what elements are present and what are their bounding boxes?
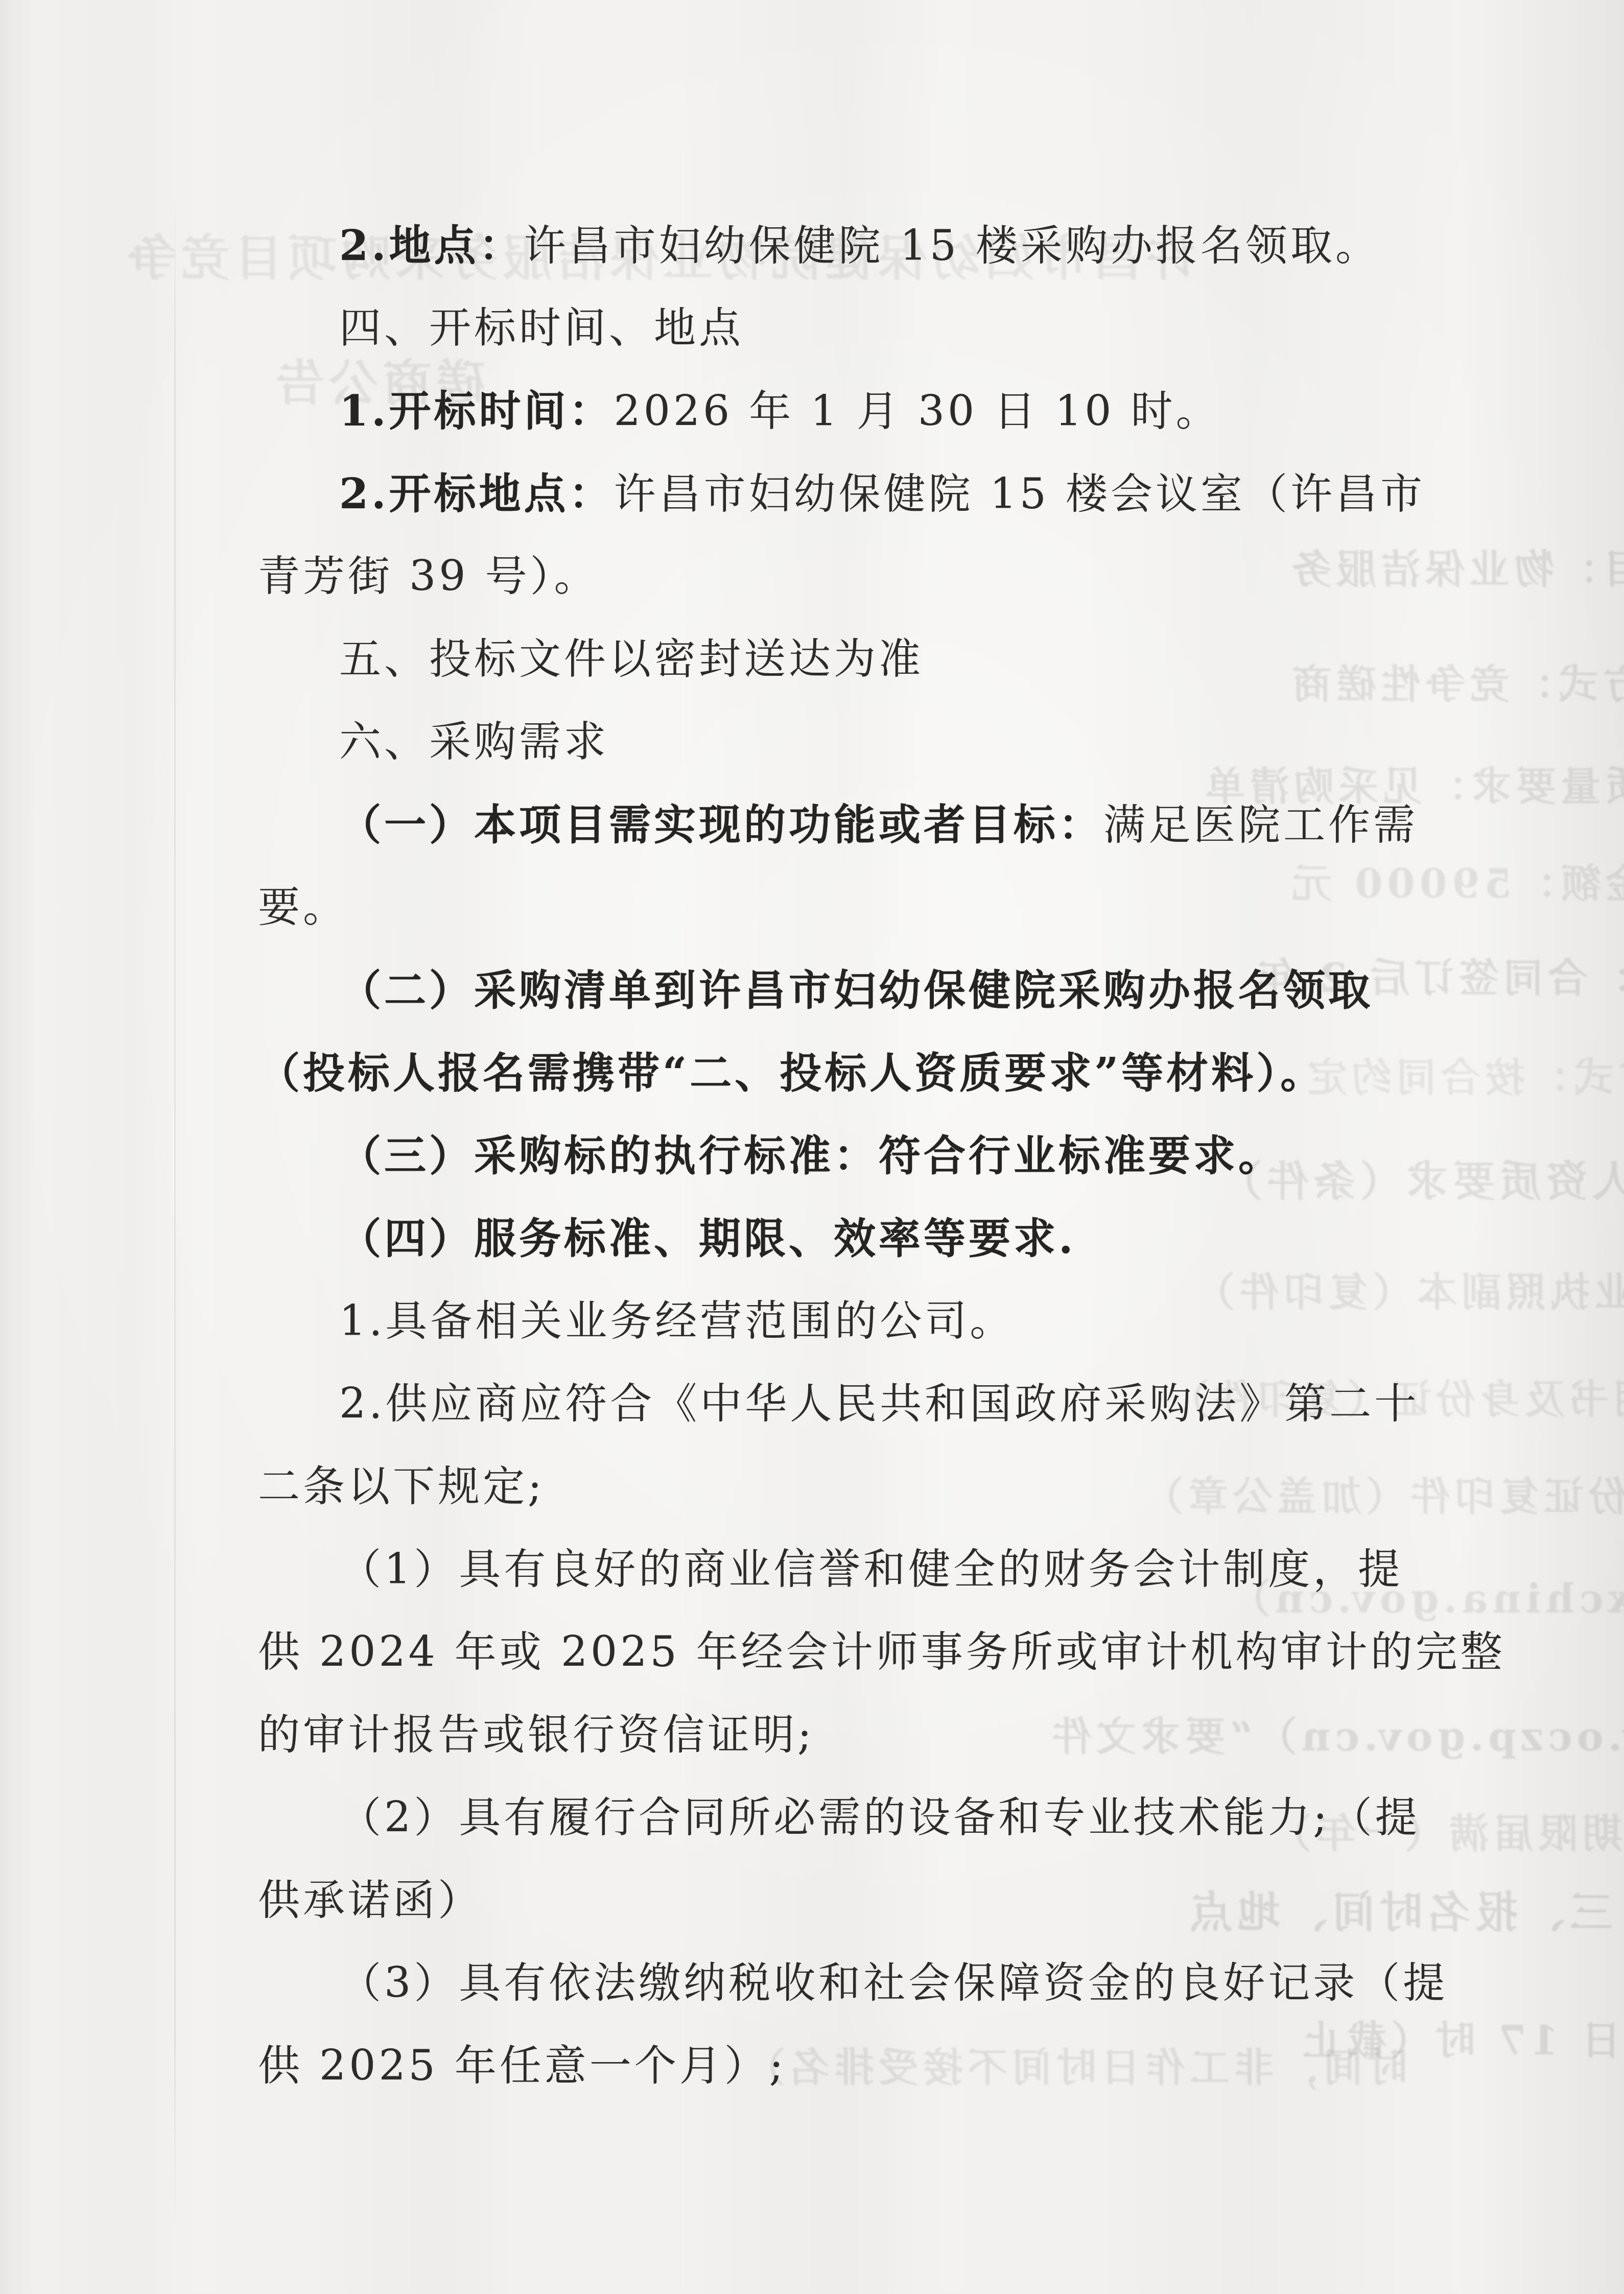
text-segment: 1.具备相关业务经营范围的公司。	[339, 1297, 1015, 1345]
ghost-bleedthrough-line: 3、受委托的授权委托人身份证复印件（加盖公章）	[1139, 1476, 1624, 1518]
text-segment-bold: 2.地点：	[339, 221, 524, 270]
text-segment: 满足医院工作需	[1103, 801, 1418, 849]
text-line: 供承诺函）	[258, 1878, 483, 1924]
text-segment-bold: （三）采购标的执行标准：符合行业标准要求。	[339, 1131, 1283, 1180]
scan-crease-line	[174, 194, 176, 2227]
text-segment: 供 2025 年任意一个月）;	[258, 2042, 786, 2090]
text-line: （四）服务标准、期限、效率等要求.	[339, 1216, 1076, 1262]
text-segment-bold: 2.开标地点：	[339, 469, 614, 518]
text-segment: 六、采购需求	[339, 718, 609, 766]
ghost-bleedthrough-line: 2、采购方式：竞争性磋商	[1287, 664, 1624, 706]
ghost-bleedthrough-line: 时间，非工作日时间不接受排名）	[741, 2047, 1407, 2089]
text-segment: 供承诺函）	[258, 1876, 483, 1925]
text-segment-bold: （四）服务标准、期限、效率等要求.	[339, 1214, 1076, 1263]
text-segment: 的审计报告或银行资信证明;	[258, 1711, 815, 1759]
text-segment-bold: （一）本项目需实现的功能或者目标：	[339, 800, 1103, 849]
ghost-bleedthrough-line: 报名网站”（www.oczp.gov.cn）“要求文件	[1047, 1716, 1624, 1758]
text-line: 的审计报告或银行资信证明;	[258, 1713, 815, 1758]
text-line: 六、采购需求	[339, 720, 609, 765]
text-segment-bold: （二）采购清单到许昌市妇幼保健院采购办报名领取	[339, 966, 1373, 1015]
text-segment-bold: 1.开标时间：	[339, 387, 614, 436]
ghost-bleedthrough-line: 1、企业（公司）营业执照副本（复印件）	[1190, 1272, 1624, 1314]
text-line: （二）采购清单到许昌市妇幼保健院采购办报名领取	[339, 968, 1373, 1014]
text-line: 1.具备相关业务经营范围的公司。	[339, 1299, 1015, 1344]
text-line: （一）本项目需实现的功能或者目标：满足医院工作需	[339, 802, 1418, 848]
text-line: 1.开标时间：2026 年 1 月 30 日 10 时。	[339, 389, 1221, 435]
text-segment: 要。	[258, 883, 348, 932]
text-line: （2）具有履行合同所必需的设备和专业技术能力;（提	[339, 1795, 1420, 1841]
text-line: 二条以下规定;	[258, 1464, 545, 1510]
text-line: 2.供应商应符合《中华人民共和国政府采购法》第二十	[339, 1382, 1419, 1427]
text-line: 2.开标地点：许昌市妇幼保健院 15 楼会议室（许昌市	[339, 471, 1425, 517]
text-line: 五、投标文件以密封送达为准	[339, 637, 924, 682]
text-segment: 二条以下规定;	[258, 1462, 545, 1511]
text-segment: 五、投标文件以密封送达为准	[339, 635, 924, 683]
text-line: 2.地点：许昌市妇幼保健院 15 楼采购办报名领取。	[339, 223, 1380, 269]
ghost-bleedthrough-line: 6、付款方式：按合同约定	[1303, 1057, 1624, 1099]
text-segment-bold: （投标人报名需携带“二、投标人资质要求”等材料）。	[258, 1049, 1325, 1098]
text-line: 供 2024 年或 2025 年经会计师事务所或审计机构审计的完整	[258, 1630, 1505, 1675]
text-segment: 四、开标时间、地点	[339, 304, 744, 352]
text-segment: 2.供应商应符合《中华人民共和国政府采购法》第二十	[339, 1380, 1419, 1428]
text-segment: 许昌市妇幼保健院 15 楼会议室（许昌市	[614, 470, 1425, 518]
text-line: （三）采购标的执行标准：符合行业标准要求。	[339, 1133, 1283, 1179]
text-line: 四、开标时间、地点	[339, 306, 744, 351]
text-line: 青芳街 39 号）。	[258, 554, 599, 600]
text-segment: （3）具有依法缴纳税收和社会保障资金的良好记录（提	[339, 1959, 1448, 2007]
ghost-bleedthrough-line: 4、采购预算金额：59000 元	[1287, 863, 1624, 905]
text-line: （1）具有良好的商业信誉和健全的财务会计制度，提	[339, 1547, 1403, 1593]
ghost-bleedthrough-line: 三、报名时间、地点	[1185, 1890, 1613, 1935]
text-segment: （1）具有良好的商业信誉和健全的财务会计制度，提	[339, 1545, 1403, 1594]
text-line: 供 2025 年任意一个月）;	[258, 2044, 786, 2089]
text-line: 要。	[258, 885, 348, 931]
text-segment: 供 2024 年或 2025 年经会计师事务所或审计机构审计的完整	[258, 1628, 1505, 1676]
ghost-bleedthrough-line: 1、采购项目：物业保洁服务	[1287, 549, 1624, 591]
text-segment: （2）具有履行合同所必需的设备和专业技术能力;（提	[339, 1793, 1420, 1842]
text-segment: 2026 年 1 月 30 日 10 时。	[614, 387, 1221, 436]
scanned-document-page: 许昌市妇幼保健院物业保洁服务采购项目竞争磋商公告1、采购项目：物业保洁服务2、采…	[0, 0, 1624, 2294]
text-line: （3）具有依法缴纳税收和社会保障资金的良好记录（提	[339, 1961, 1448, 2006]
text-segment: 许昌市妇幼保健院 15 楼采购办报名领取。	[524, 222, 1380, 270]
text-segment: 青芳街 39 号）。	[258, 552, 599, 601]
text-line: （投标人报名需携带“二、投标人资质要求”等材料）。	[258, 1051, 1325, 1097]
